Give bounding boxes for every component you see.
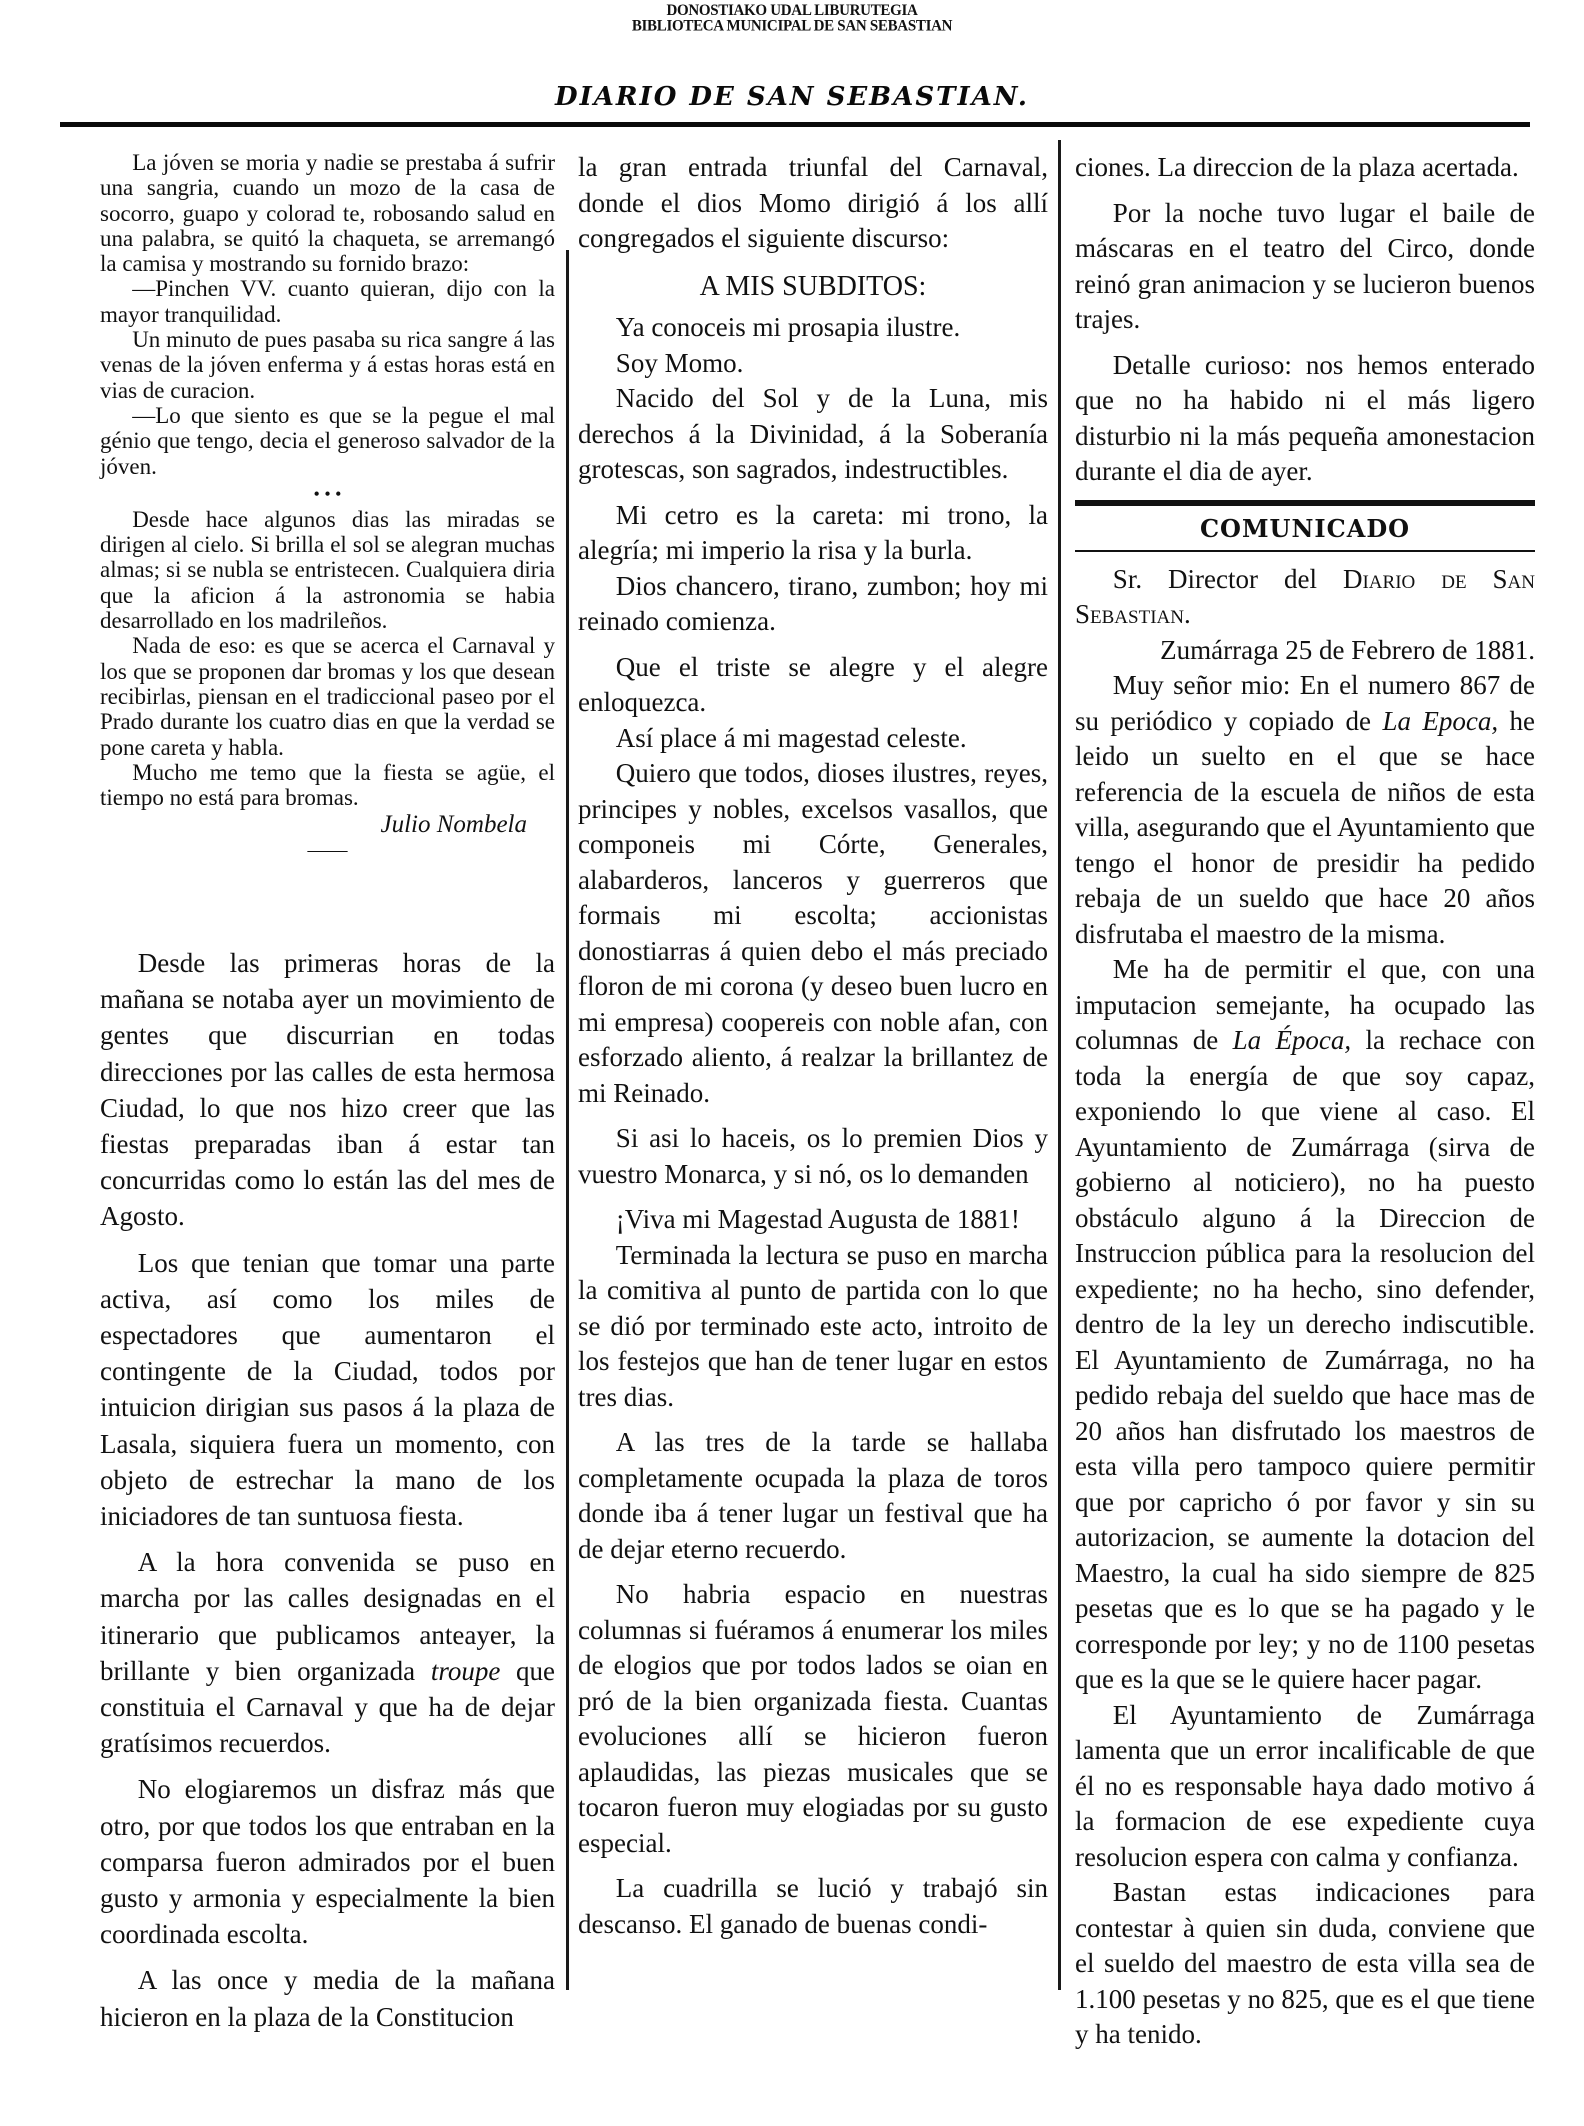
left-column-lower: Desde las primeras horas de la mañana se… [100, 945, 555, 2035]
section-rule-thin [1075, 550, 1535, 552]
paragraph: —Pinchen VV. cuanto quieran, dijo con la… [100, 276, 555, 327]
paragraph: A las once y media de la mañana hicieron… [100, 1962, 555, 2034]
column-divider-2 [1058, 140, 1061, 1990]
speech-line: Quiero que todos, dioses ilustres, reyes… [578, 756, 1048, 1111]
publication-name: La Epoca, [1382, 706, 1498, 736]
paragraph: No elogiaremos un disfraz más que otro, … [100, 1771, 555, 1952]
paragraph: La cuadrilla se lució y trabajó sin desc… [578, 1871, 1048, 1942]
column-divider-1 [566, 250, 569, 1990]
library-name-spanish: BIBLIOTECA MUNICIPAL DE SAN SEBASTIAN [0, 19, 1584, 35]
paragraph: Un minuto de pues pasaba su rica sangre … [100, 327, 555, 403]
paragraph: No habria espacio en nuestras columnas s… [578, 1577, 1048, 1861]
ornament-separator: • • • [100, 483, 555, 505]
paragraph: ciones. La direccion de la plaza acertad… [1075, 150, 1535, 186]
author-signature: Julio Nombela [100, 812, 555, 837]
left-column-upper: La jóven se moria y nadie se prestaba á … [100, 150, 555, 876]
section-rule-thick [1075, 500, 1535, 506]
publication-name: La Época, [1233, 1025, 1352, 1055]
speech-line: Dios chancero, tirano, zumbon; hoy mi re… [578, 569, 1048, 640]
paragraph: la gran entrada triunfal del Carnaval, d… [578, 150, 1048, 257]
library-name-basque: DONOSTIAKO UDAL LIBURUTEGIA [0, 3, 1584, 19]
italic-word: troupe [431, 1656, 501, 1686]
salutation: Sr. Director del Diario de San Sebastian… [1075, 562, 1535, 633]
paragraph: Por la noche tuvo lugar el baile de másc… [1075, 196, 1535, 338]
paragraph: Detalle curioso: nos hemos enterado que … [1075, 348, 1535, 490]
paragraph: Me ha de permitir el que, con una imputa… [1075, 952, 1535, 1698]
dash-separator: —— [100, 842, 555, 858]
speech-line: Ya conoceis mi prosapia ilustre. [578, 310, 1048, 346]
speech-line: Soy Momo. [578, 346, 1048, 382]
speech-line: Mi cetro es la careta: mi trono, la aleg… [578, 498, 1048, 569]
speech-line: Así place á mi magestad celeste. [578, 721, 1048, 757]
paragraph: Nada de eso: es que se acerca el Carnava… [100, 633, 555, 759]
masthead-rule [60, 122, 1530, 127]
paragraph: Muy señor mio: En el numero 867 de su pe… [1075, 668, 1535, 952]
middle-column: la gran entrada triunfal del Carnaval, d… [578, 150, 1048, 1942]
speech-title: A MIS SUBDITOS: [578, 269, 1048, 305]
paragraph: La jóven se moria y nadie se prestaba á … [100, 150, 555, 276]
section-title-comunicado: COMUNICADO [1075, 514, 1535, 544]
letter-dateline: Zumárraga 25 de Febrero de 1881. [1075, 633, 1535, 669]
speech-line: Nacido del Sol y de la Luna, mis derecho… [578, 381, 1048, 488]
speech-line: ¡Viva mi Magestad Augusta de 1881! [578, 1202, 1048, 1238]
paragraph: A la hora convenida se puso en marcha po… [100, 1544, 555, 1761]
paragraph: Desde hace algunos dias las miradas se d… [100, 507, 555, 633]
paragraph: Desde las primeras horas de la mañana se… [100, 945, 555, 1235]
paragraph: —Lo que siento es que se la pegue el mal… [100, 403, 555, 479]
speech-line: Que el triste se alegre y el alegre enlo… [578, 650, 1048, 721]
paragraph: Mucho me temo que la fiesta se agüe, el … [100, 760, 555, 811]
speech-line: Si asi lo haceis, os lo premien Dios y v… [578, 1121, 1048, 1192]
newspaper-masthead: DIARIO DE SAN SEBASTIAN. [0, 82, 1584, 112]
paragraph: Los que tenian que tomar una parte activ… [100, 1245, 555, 1535]
paragraph: Bastan estas indicaciones para contestar… [1075, 1875, 1535, 2053]
paragraph: El Ayuntamiento de Zumárraga lamenta que… [1075, 1698, 1535, 1876]
paragraph: Terminada la lectura se puso en marcha l… [578, 1238, 1048, 1416]
library-header: DONOSTIAKO UDAL LIBURUTEGIA BIBLIOTECA M… [0, 3, 1584, 35]
paragraph: A las tres de la tarde se hallaba comple… [578, 1425, 1048, 1567]
right-column: ciones. La direccion de la plaza acertad… [1075, 150, 1535, 2053]
